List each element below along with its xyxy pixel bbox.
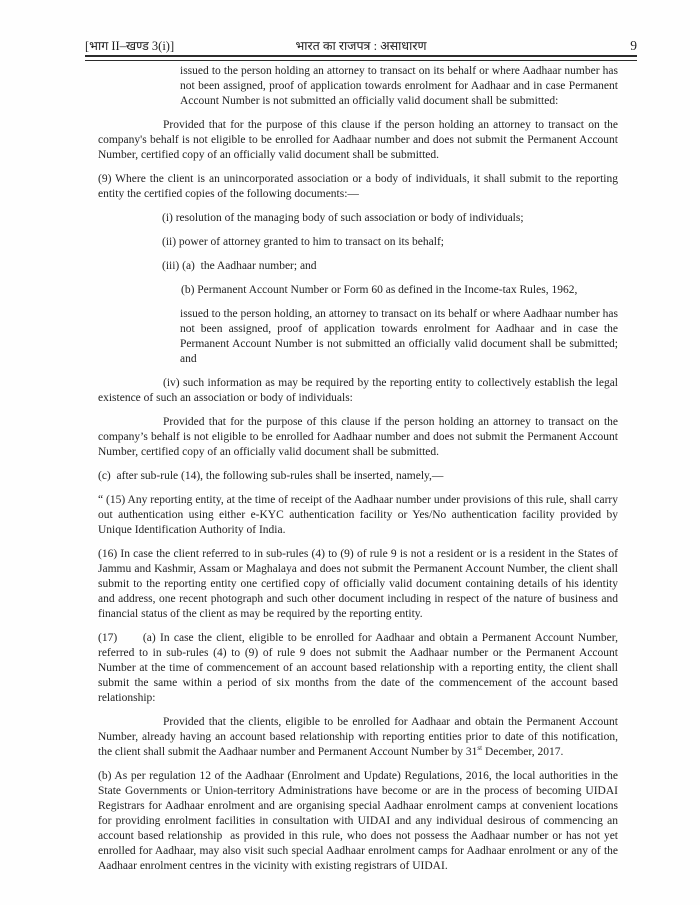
document-body: issued to the person holding an attorney…: [98, 64, 618, 883]
list-item-ii: (ii) power of attorney granted to him to…: [162, 235, 618, 250]
para-issued-clause-1: issued to the person holding an attorney…: [180, 64, 618, 109]
page-number: 9: [499, 38, 637, 54]
para-proviso-3: Provided that the clients, eligible to b…: [98, 715, 618, 760]
proviso-3-date: December, 2017.: [482, 746, 563, 758]
list-item-iii-b: (b) Permanent Account Number or Form 60 …: [181, 283, 618, 298]
para-proviso-1: Provided that for the purpose of this cl…: [98, 118, 618, 163]
para-clause-c: (c) after sub-rule (14), the following s…: [98, 469, 618, 484]
list-item-iv: (iv) such information as may be required…: [98, 376, 618, 406]
para-sub-rule-17-a: (17) (a) In case the client, eligible to…: [98, 631, 618, 706]
page-header: [भाग II–खण्ड 3(i)] भारत का राजपत्र : असा…: [85, 37, 637, 54]
para-sub-rule-9: (9) Where the client is an unincorporate…: [98, 172, 618, 202]
para-sub-rule-15: “ (15) Any reporting entity, at the time…: [98, 493, 618, 538]
list-item-iii-a: (iii) (a) the Aadhaar number; and: [162, 259, 618, 274]
header-part-label: [भाग II–खण्ड 3(i)]: [85, 37, 223, 54]
para-sub-rule-16: (16) In case the client referred to in s…: [98, 547, 618, 622]
header-double-rule: [85, 55, 637, 61]
para-issued-clause-2: issued to the person holding, an attorne…: [180, 307, 618, 367]
para-proviso-2: Provided that for the purpose of this cl…: [98, 415, 618, 460]
para-sub-rule-17-b: (b) As per regulation 12 of the Aadhaar …: [98, 769, 618, 874]
list-item-i: (i) resolution of the managing body of s…: [162, 211, 618, 226]
gazette-page: [भाग II–खण्ड 3(i)] भारत का राजपत्र : असा…: [0, 0, 700, 905]
header-gazette-title: भारत का राजपत्र : असाधारण: [223, 37, 499, 54]
para-sub-rule-17-a-text: (17) (a) In case the client, eligible to…: [98, 632, 618, 704]
